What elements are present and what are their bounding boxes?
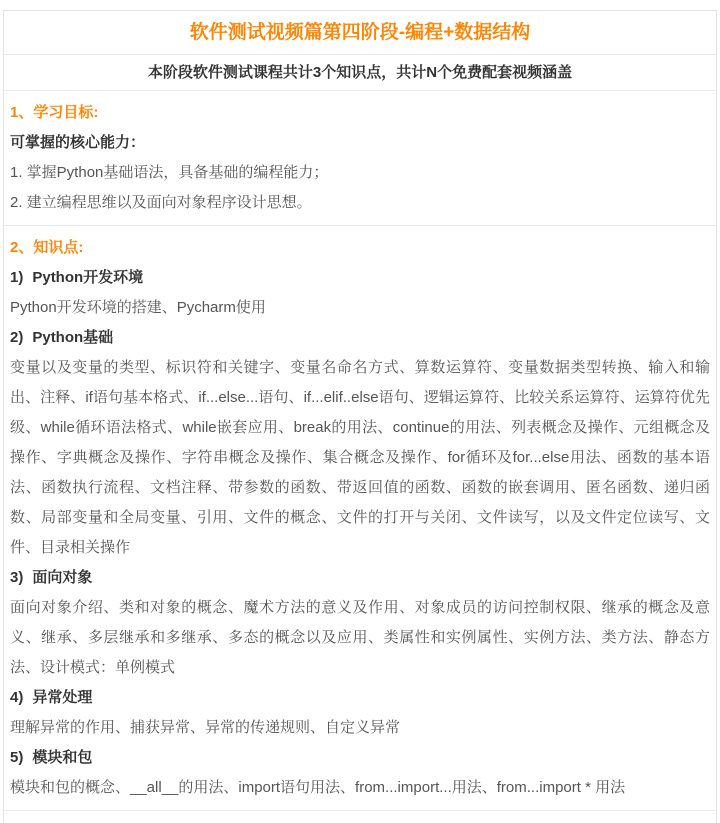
course-outline-table: 软件测试视频篇第四阶段-编程+数据结构 本阶段软件测试课程共计3个知识点，共计N…: [3, 10, 717, 823]
topic-heading-exceptions: 4)异常处理: [10, 683, 710, 713]
topic-title: Python基础: [32, 329, 113, 346]
topic-number: 5): [10, 749, 23, 766]
topic-title: 模块和包: [32, 749, 92, 766]
topic-number: 1): [10, 269, 23, 286]
topic-title: 面向对象: [32, 569, 92, 586]
topic-heading-modules: 5)模块和包: [10, 743, 710, 773]
next-row-sliver: [4, 811, 716, 823]
topic-number: 2): [10, 329, 23, 346]
topic-heading-python-env: 1)Python开发环境: [10, 263, 710, 293]
topic-heading-python-basics: 2)Python基础: [10, 323, 710, 353]
topic-body-exceptions: 理解异常的作用、捕获异常、异常的传递规则、自定义异常: [10, 713, 710, 743]
topic-heading-oop: 3)面向对象: [10, 563, 710, 593]
subtitle-row: 本阶段软件测试课程共计3个知识点，共计N个免费配套视频涵盖: [4, 55, 716, 91]
topic-body-modules: 模块和包的概念、__all__的用法、import语句用法、from...imp…: [10, 773, 710, 803]
knowledge-header: 2、知识点:: [10, 233, 710, 263]
page-title: 软件测试视频篇第四阶段-编程+数据结构: [12, 21, 708, 44]
objectives-lead: 可掌握的核心能力：: [10, 128, 710, 158]
objective-item-2: 2. 建立编程思维以及面向对象程序设计思想。: [10, 188, 710, 218]
topic-body-python-env: Python开发环境的搭建、Pycharm使用: [10, 293, 710, 323]
objective-item-1: 1. 掌握Python基础语法，具备基础的编程能力；: [10, 158, 710, 188]
learning-objectives-section: 1、学习目标: 可掌握的核心能力： 1. 掌握Python基础语法，具备基础的编…: [4, 91, 716, 226]
topic-number: 4): [10, 689, 23, 706]
knowledge-points-section: 2、知识点: 1)Python开发环境 Python开发环境的搭建、Pychar…: [4, 226, 716, 811]
topic-body-oop: 面向对象介绍、类和对象的概念、魔术方法的意义及作用、对象成员的访问控制权限、继承…: [10, 593, 710, 683]
topic-body-python-basics: 变量以及变量的类型、标识符和关键字、变量名命名方式、算数运算符、变量数据类型转换…: [10, 353, 710, 563]
title-row: 软件测试视频篇第四阶段-编程+数据结构: [4, 11, 716, 55]
topic-title: Python开发环境: [32, 269, 143, 286]
topic-number: 3): [10, 569, 23, 586]
topic-title: 异常处理: [32, 689, 92, 706]
objectives-header: 1、学习目标:: [10, 98, 710, 128]
page-subtitle: 本阶段软件测试课程共计3个知识点，共计N个免费配套视频涵盖: [12, 63, 708, 82]
